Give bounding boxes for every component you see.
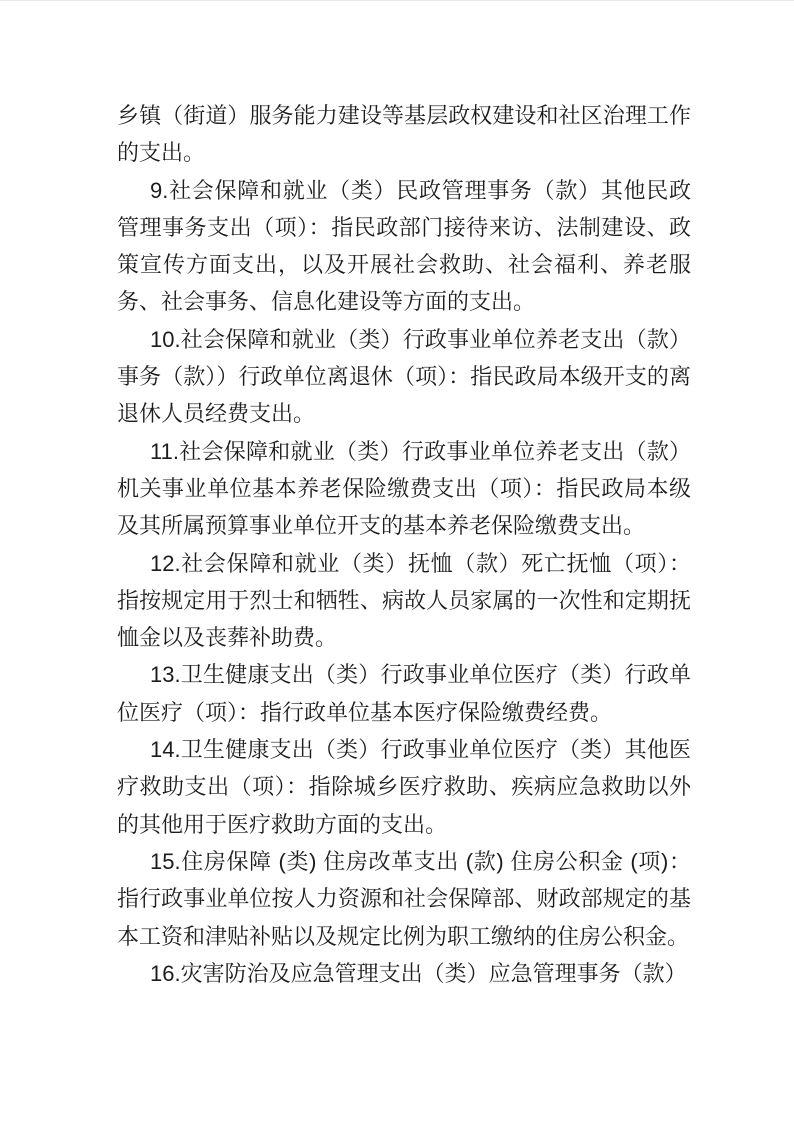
paragraph-8: 15.住房保障 (类) 住房改革支出 (款) 住房公积金 (项)：指行政事业单位… xyxy=(117,843,691,955)
paragraph-3: 10.社会保障和就业（类）行政事业单位养老支出（款）事务（款））行政单位离退休（… xyxy=(117,321,691,433)
paragraph-1: 乡镇（街道）服务能力建设等基层政权建设和社区治理工作的支出。 xyxy=(117,97,691,172)
page-top-edge xyxy=(0,0,794,1)
paragraph-4: 11.社会保障和就业（类）行政事业单位养老支出（款）机关事业单位基本养老保险缴费… xyxy=(117,433,691,545)
document-page-body: 乡镇（街道）服务能力建设等基层政权建设和社区治理工作的支出。9.社会保障和就业（… xyxy=(117,97,691,992)
paragraph-7: 14.卫生健康支出（类）行政事业单位医疗（类）其他医疗救助支出（项）：指除城乡医… xyxy=(117,731,691,843)
paragraph-5: 12.社会保障和就业（类）抚恤（款）死亡抚恤（项）：指按规定用于烈士和牺牲、病故… xyxy=(117,545,691,657)
paragraph-6: 13.卫生健康支出（类）行政事业单位医疗（类）行政单位医疗（项）：指行政单位基本… xyxy=(117,656,691,731)
paragraph-9: 16.灾害防治及应急管理支出（类）应急管理事务（款） xyxy=(117,955,691,992)
paragraph-2: 9.社会保障和就业（类）民政管理事务（款）其他民政管理事务支出（项）：指民政部门… xyxy=(117,172,691,321)
